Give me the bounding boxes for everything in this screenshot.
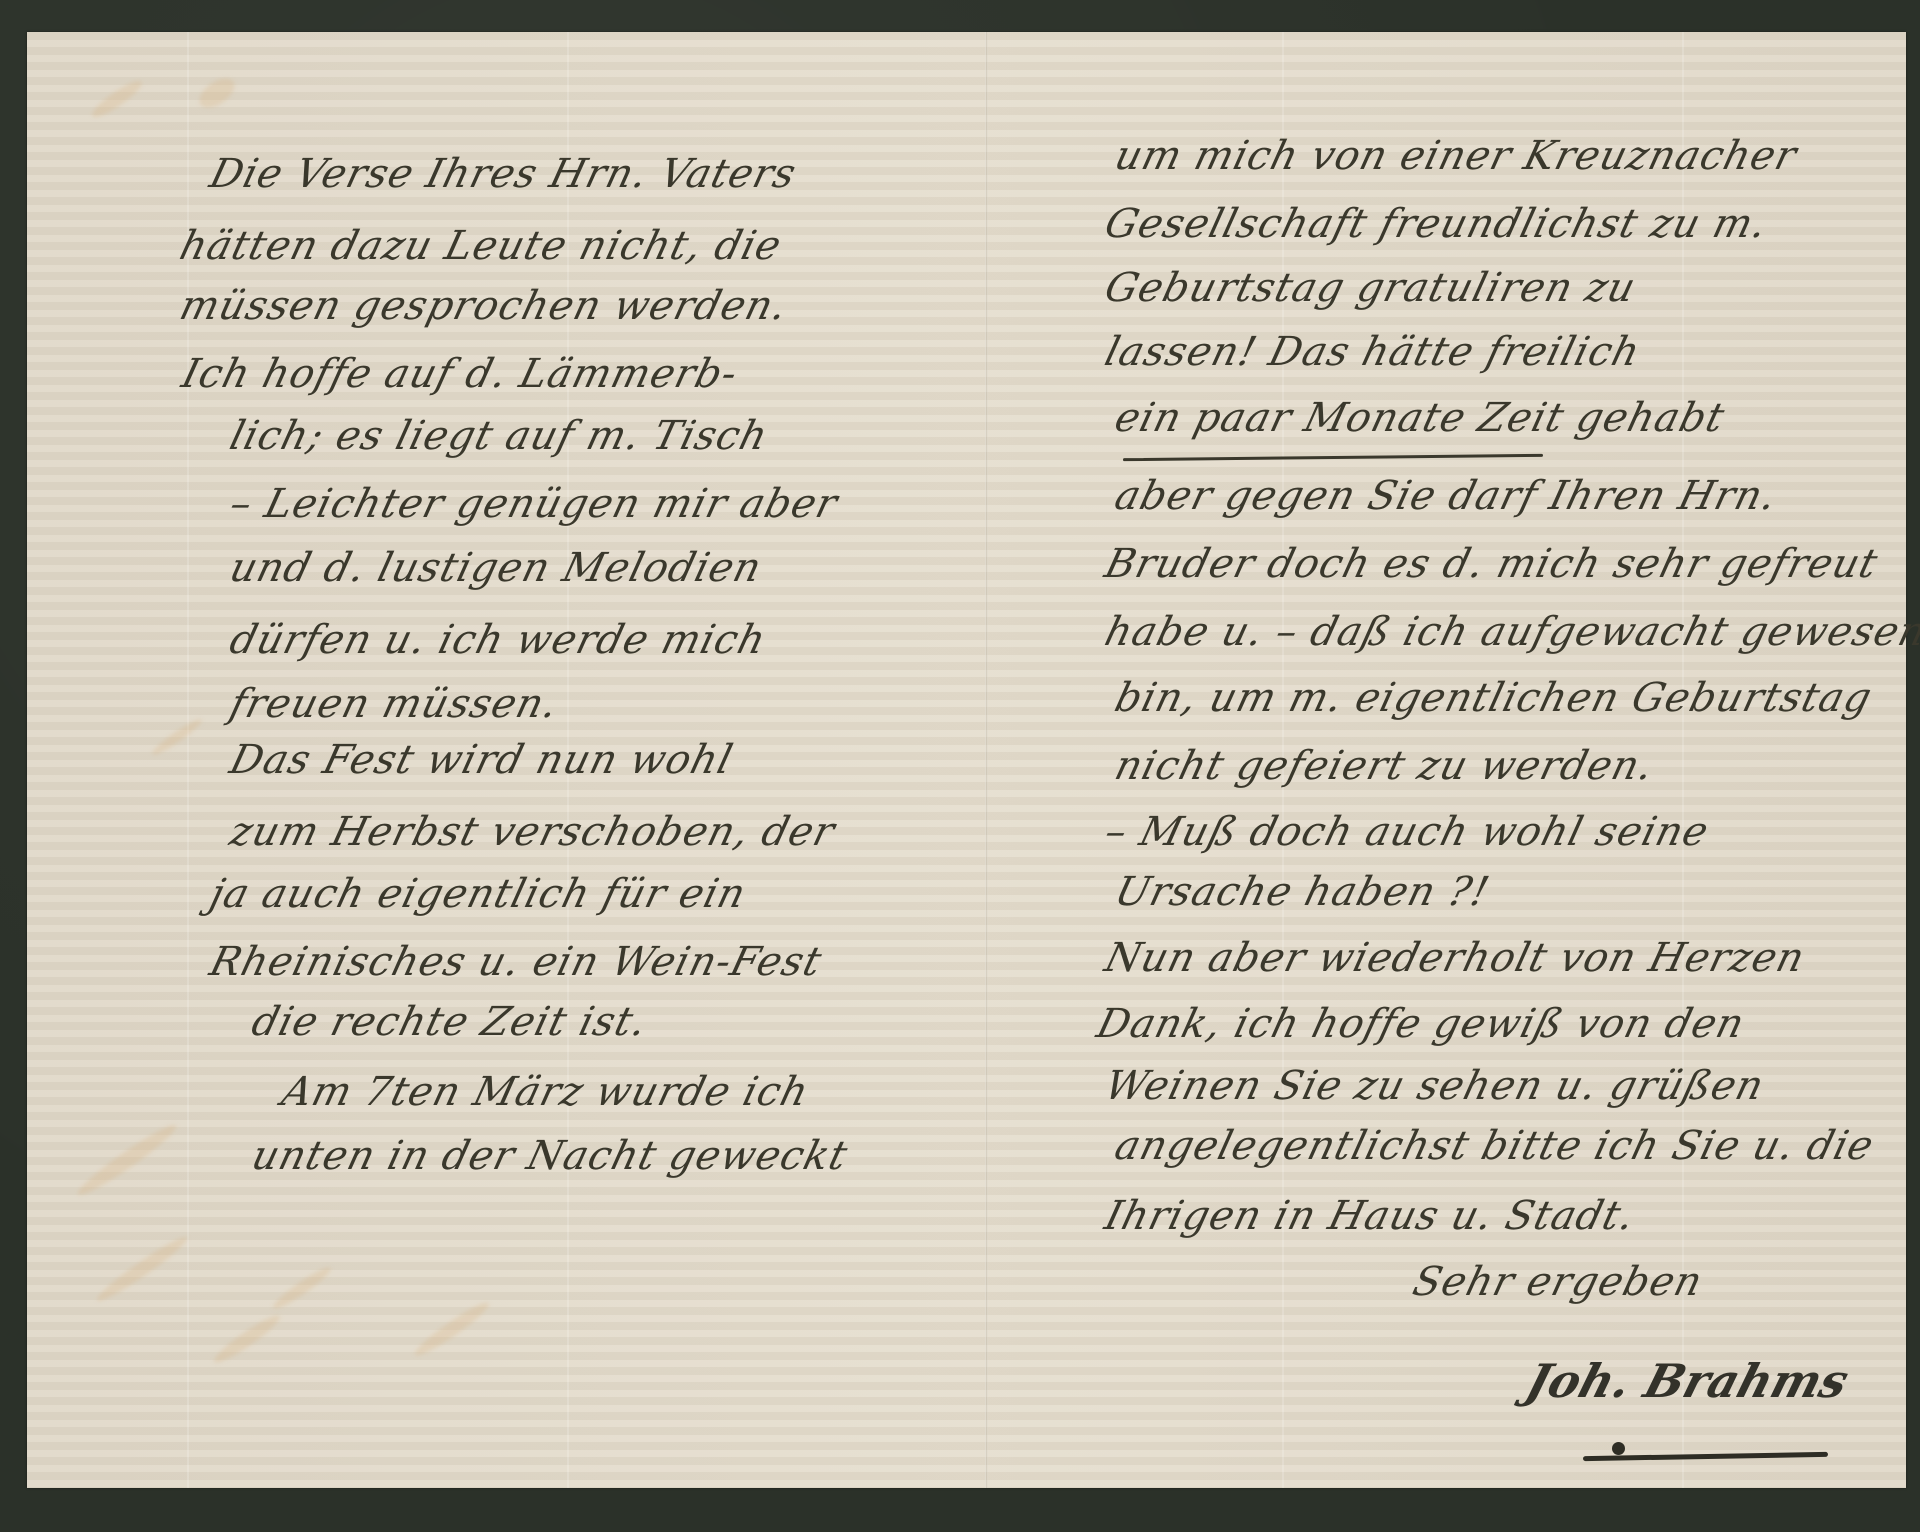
ink-stain <box>73 1119 180 1201</box>
signature-dot <box>1612 1442 1625 1455</box>
signature: Joh. Brahms <box>1520 1354 1854 1408</box>
text-line: lich; es liegt auf m. Tisch <box>225 412 773 460</box>
text-line: müssen gesprochen werden. <box>175 282 793 330</box>
text-line: dürfen u. ich werde mich <box>225 616 771 664</box>
letter-sheet: Die Verse Ihres Hrn. Vaters hätten dazu … <box>27 32 1906 1488</box>
center-fold <box>985 32 988 1488</box>
text-line: – Muß doch auch wohl seine <box>1100 808 1714 856</box>
text-line: Gesellschaft freundlichst zu m. <box>1100 200 1772 248</box>
text-line: Ich hoffe auf d. Lämmerb- <box>177 350 743 398</box>
text-line: Am 7ten März wurde ich <box>277 1068 814 1116</box>
text-line: – Leichter genügen mir aber <box>225 480 843 528</box>
ink-stain <box>411 1297 493 1360</box>
emphasis-underline <box>1123 454 1543 461</box>
text-line: Das Fest wird nun wohl <box>225 736 738 784</box>
text-line: Rheinisches u. ein Wein-Fest <box>205 938 827 986</box>
text-line: lassen! Das hätte freilich <box>1100 328 1645 376</box>
text-line: Geburtstag gratuliren zu <box>1100 264 1641 312</box>
text-line: um mich von einer Kreuznacher <box>1110 132 1802 180</box>
text-line: ja auch eigentlich für ein <box>205 870 751 918</box>
text-line: unten in der Nacht geweckt <box>247 1132 853 1180</box>
text-line: bin, um m. eigentlichen Geburtstag <box>1110 674 1877 722</box>
text-line: Nun aber wiederholt von Herzen <box>1100 934 1810 982</box>
ink-stain <box>270 1263 334 1313</box>
text-line: habe u. – daß ich aufgewacht gewesen <box>1100 608 1920 656</box>
text-line: Die Verse Ihres Hrn. Vaters <box>205 150 801 198</box>
text-line: die rechte Zeit ist. <box>247 998 652 1046</box>
text-line: Ursache haben ?! <box>1110 868 1495 916</box>
text-line: Bruder doch es d. mich sehr gefreut <box>1100 540 1883 588</box>
closing-phrase: Sehr ergeben <box>1408 1258 1708 1306</box>
text-line: Dank, ich hoffe gewiß von den <box>1092 1000 1750 1048</box>
ink-stain <box>210 1310 284 1367</box>
text-line: nicht gefeiert zu werden. <box>1110 742 1659 790</box>
text-line: freuen müssen. <box>225 680 563 728</box>
ink-stain <box>194 73 239 114</box>
text-line: ein paar Monate Zeit gehabt <box>1110 394 1730 442</box>
ink-stain <box>150 716 205 759</box>
text-line: Weinen Sie zu sehen u. grüßen <box>1100 1062 1769 1110</box>
text-line: Ihrigen in Haus u. Stadt. <box>1100 1192 1640 1240</box>
ink-stain <box>88 76 145 122</box>
ink-stain <box>93 1232 191 1307</box>
text-line: aber gegen Sie darf Ihren Hrn. <box>1110 472 1782 520</box>
text-line: zum Herbst verschoben, der <box>225 808 840 856</box>
text-line: und d. lustigen Melodien <box>225 544 767 592</box>
text-line: angelegentlichst bitte ich Sie u. die <box>1110 1122 1879 1170</box>
text-line: hätten dazu Leute nicht, die <box>175 222 787 270</box>
